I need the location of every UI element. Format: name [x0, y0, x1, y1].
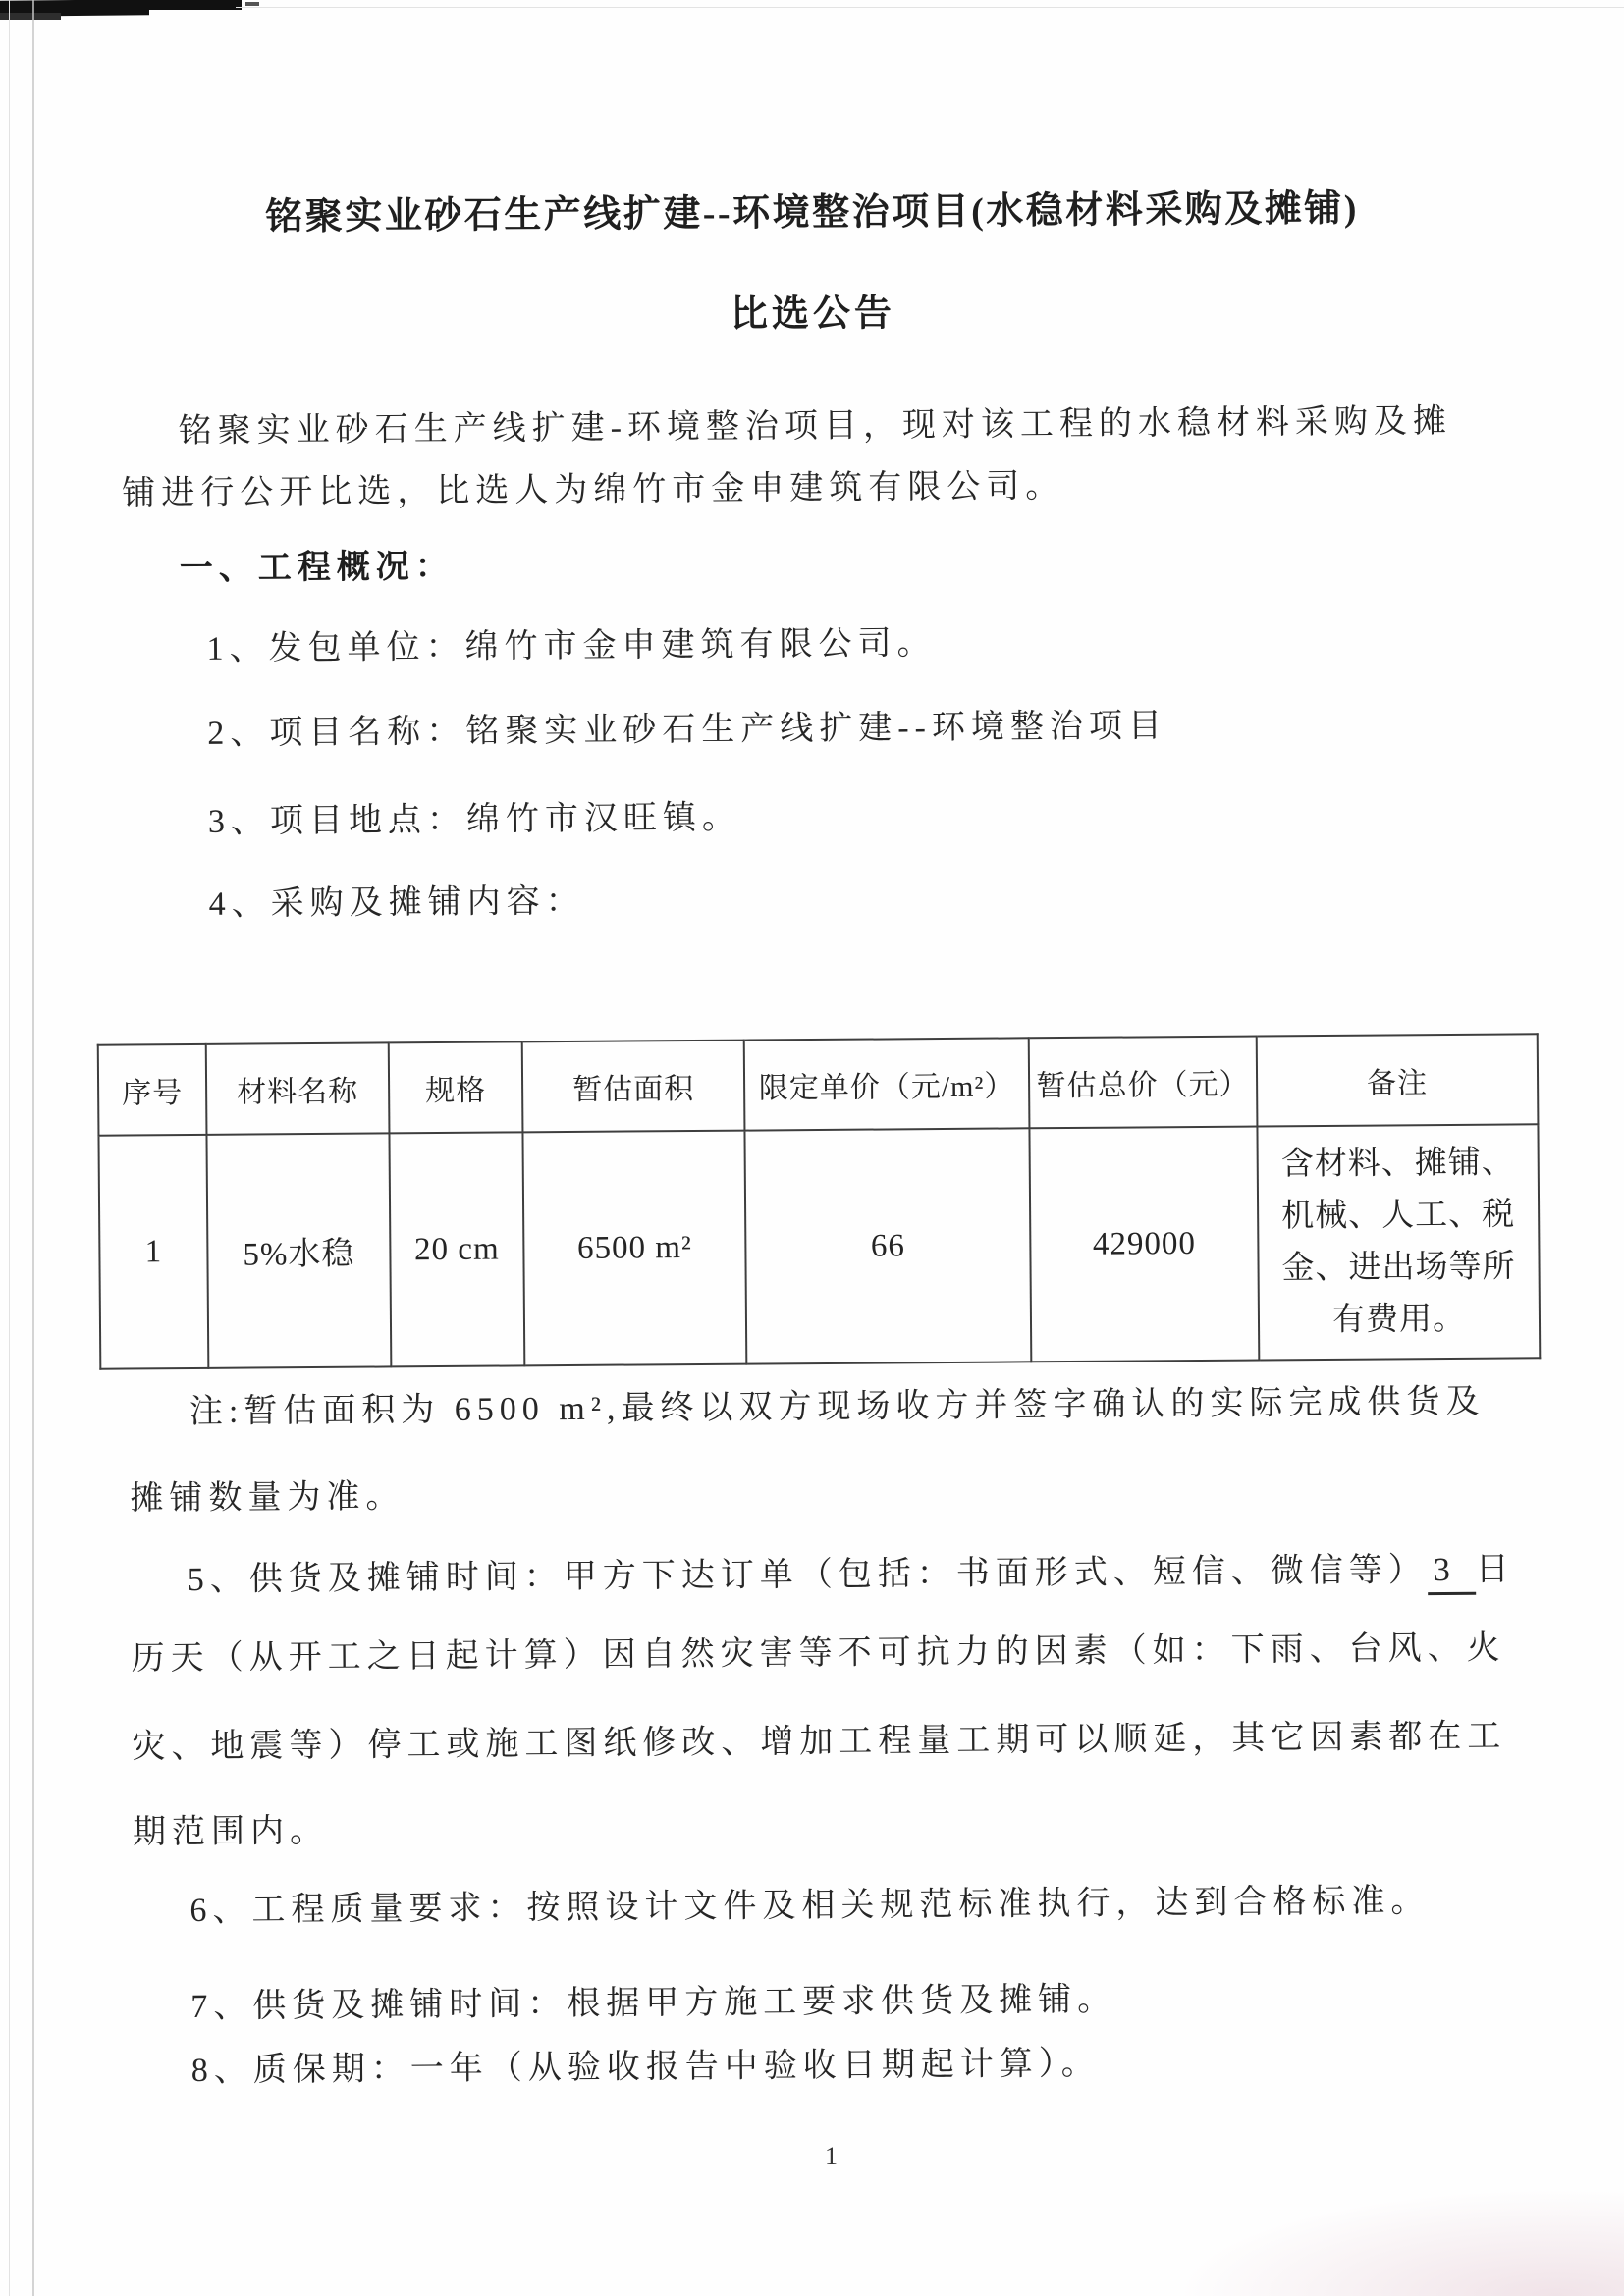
section1-heading: 一、工程概况： [123, 534, 1507, 594]
cell-material: 5%水稳 [206, 1133, 391, 1367]
table-header-row: 序号 材料名称 规格 暂估面积 限定单价（元/m²） 暂估总价（元） 备注 [98, 1034, 1539, 1136]
table-note-line-1: 注:暂估面积为 6500 m²,最终以双方现场收方并签字确认的实际完成供货及 [130, 1377, 1514, 1437]
col-header-area: 暂估面积 [522, 1041, 745, 1133]
cell-total-price: 429000 [1029, 1126, 1259, 1362]
document-subtitle: 比选公告 [121, 284, 1505, 344]
col-header-spec: 规格 [389, 1041, 523, 1133]
scan-top-hairline [236, 7, 1624, 8]
scan-corner-smudge [1172, 2188, 1624, 2296]
cell-seq: 1 [98, 1135, 208, 1369]
scan-artifact-top-dash [245, 2, 259, 6]
cell-area: 6500 m² [522, 1131, 746, 1366]
col-header-unit-price: 限定单价（元/m²） [744, 1038, 1030, 1130]
item-5-line-4: 期范围内。 [133, 1797, 1517, 1857]
table-row: 1 5%水稳 20 cm 6500 m² 66 429000 含材料、摊铺、机械… [98, 1124, 1540, 1369]
item-5-line-3: 灾、地震等）停工或施工图纸修改、增加工程量工期可以顺延，其它因素都在工 [132, 1712, 1516, 1772]
document-content: 铭聚实业砂石生产线扩建--环境整治项目(水稳材料采购及摊铺) 比选公告 铭聚实业… [120, 181, 1519, 2096]
col-header-seq: 序号 [98, 1044, 207, 1136]
item-8: 8、质保期：一年（从验收报告中验收日期起计算）。 [135, 2036, 1519, 2096]
materials-table-wrapper: 序号 材料名称 规格 暂估面积 限定单价（元/m²） 暂估总价（元） 备注 1 … [97, 1033, 1514, 1369]
document-title: 铭聚实业砂石生产线扩建--环境整治项目(水稳材料采购及摊铺) [120, 181, 1504, 244]
page-number: 1 [825, 2142, 838, 2171]
cell-unit-price: 66 [744, 1128, 1031, 1363]
scan-artifact-top-strip [145, 0, 242, 10]
section1-item-1: 1、发包单位：绵竹市金申建筑有限公司。 [123, 614, 1507, 674]
scan-edge-line-faint [9, 0, 10, 2296]
item-5-line-1-prefix: 5、供货及摊铺时间：甲方下达订单（包括：书面形式、短信、微信等） [188, 1552, 1428, 1598]
col-header-total-price: 暂估总价（元） [1029, 1036, 1258, 1128]
section1-item-2: 2、项目名称：铭聚实业砂石生产线扩建--环境整治项目 [124, 699, 1508, 759]
cell-spec: 20 cm [389, 1132, 524, 1366]
item-5-line-2: 历天（从开工之日起计算）因自然灾害等不可抗力的因素（如：下雨、台风、火 [131, 1624, 1515, 1683]
item-7: 7、供货及摊铺时间：根据甲方施工要求供货及摊铺。 [134, 1972, 1518, 2032]
item-5-line-1-suffix: 日 [1476, 1551, 1515, 1587]
section1-item-4: 4、采购及摊铺内容： [125, 870, 1509, 930]
scan-edge-line [32, 0, 34, 2296]
item-6: 6、工程质量要求：按照设计文件及相关规范标准执行，达到合格标准。 [133, 1876, 1517, 1936]
cell-remark: 含材料、摊铺、机械、人工、税金、进出场等所有费用。 [1257, 1124, 1540, 1360]
intro-line-1: 铭聚实业砂石生产线扩建-环境整治项目，现对该工程的水稳材料采购及摊 [122, 397, 1506, 456]
col-header-remark: 备注 [1257, 1034, 1539, 1126]
scanned-document-page: 铭聚实业砂石生产线扩建--环境整治项目(水稳材料采购及摊铺) 比选公告 铭聚实业… [0, 0, 1624, 2296]
col-header-material: 材料名称 [206, 1042, 390, 1134]
item-5-underlined-days: 3 [1428, 1549, 1476, 1595]
item-5-line-1: 5、供货及摊铺时间：甲方下达订单（包括：书面形式、短信、微信等）3日 [131, 1545, 1515, 1605]
intro-line-2: 铺进行公开比选，比选人为绵竹市金申建筑有限公司。 [122, 458, 1506, 518]
table-note-line-2: 摊铺数量为准。 [130, 1464, 1514, 1523]
section1-item-3: 3、项目地点：绵竹市汉旺镇。 [125, 787, 1509, 847]
materials-table: 序号 材料名称 规格 暂估面积 限定单价（元/m²） 暂估总价（元） 备注 1 … [97, 1033, 1542, 1370]
